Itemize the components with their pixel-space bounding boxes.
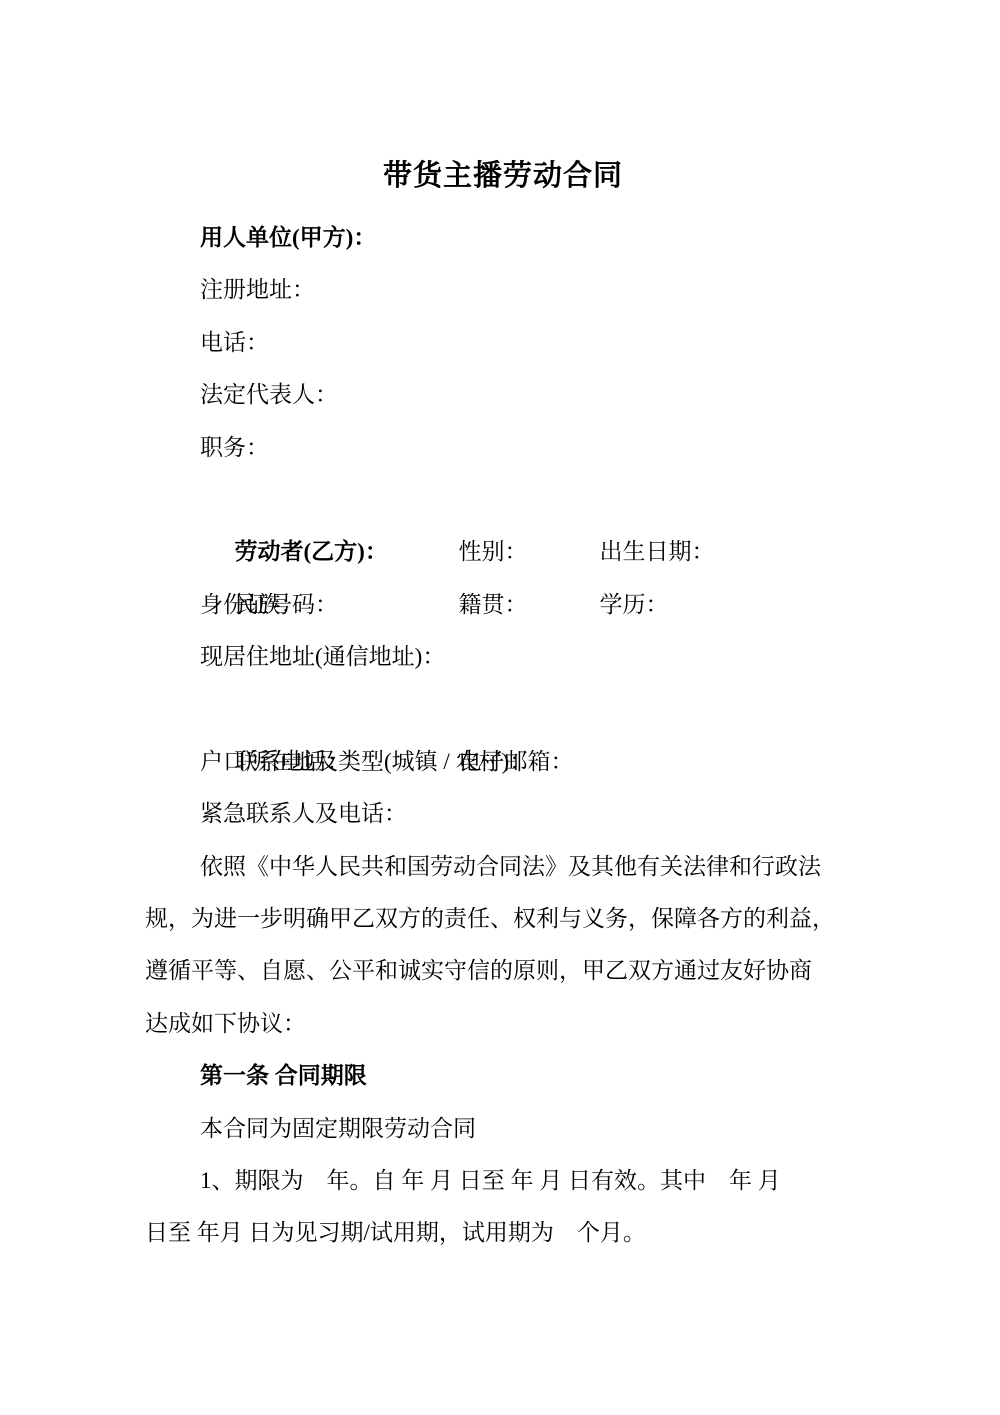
worker-residence-label: 现居住地址(通信地址)：: [145, 631, 861, 683]
employer-phone-label: 电话：: [145, 317, 861, 369]
contract-content: 带货主播劳动合同 用人单位(甲方)： 注册地址： 电话： 法定代表人： 职务： …: [145, 148, 861, 1260]
worker-education-label: 学历：: [600, 592, 669, 617]
preamble-line-1: 依照《中华人民共和国劳动合同法》及其他有关法律和行政法: [145, 841, 861, 893]
article-1-intro: 本合同为固定期限劳动合同: [145, 1103, 861, 1155]
worker-native-place-label: 籍贯：: [459, 579, 600, 631]
article-1-heading: 第一条 合同期限: [145, 1050, 861, 1102]
document-title: 带货主播劳动合同: [145, 148, 861, 212]
worker-household-label: 户口所在地及类型(城镇 / 农村)：: [145, 736, 861, 788]
employer-registered-address-label: 注册地址：: [145, 264, 861, 316]
employer-heading: 用人单位(甲方)：: [145, 212, 861, 264]
worker-gender-label: 性别：: [459, 526, 600, 578]
worker-emergency-label: 紧急联系人及电话：: [145, 788, 861, 840]
worker-row-contact: 联系电话：电子邮箱：: [145, 684, 861, 736]
worker-birth-date-label: 出生日期：: [600, 539, 715, 564]
worker-heading: 劳动者(乙方)：: [235, 526, 459, 578]
contract-page: 带货主播劳动合同 用人单位(甲方)： 注册地址： 电话： 法定代表人： 职务： …: [0, 0, 1000, 1415]
article-1-term-line-1: 1、期限为 年。自 年 月 日至 年 月 日有效。其中 年 月: [145, 1155, 861, 1207]
worker-row-identity: 劳动者(乙方)：性别：出生日期：: [145, 474, 861, 526]
preamble-line-4: 达成如下协议：: [145, 998, 861, 1050]
article-1-term-line-2: 日至 年月 日为见习期/试用期，试用期为 个月。: [145, 1207, 861, 1259]
preamble-line-3: 遵循平等、自愿、公平和诚实守信的原则，甲乙双方通过友好协商: [145, 945, 861, 997]
employer-legal-rep-label: 法定代表人：: [145, 369, 861, 421]
employer-position-label: 职务：: [145, 422, 861, 474]
preamble-line-2: 规，为进一步明确甲乙双方的责任、权利与义务，保障各方的利益，: [145, 893, 861, 945]
